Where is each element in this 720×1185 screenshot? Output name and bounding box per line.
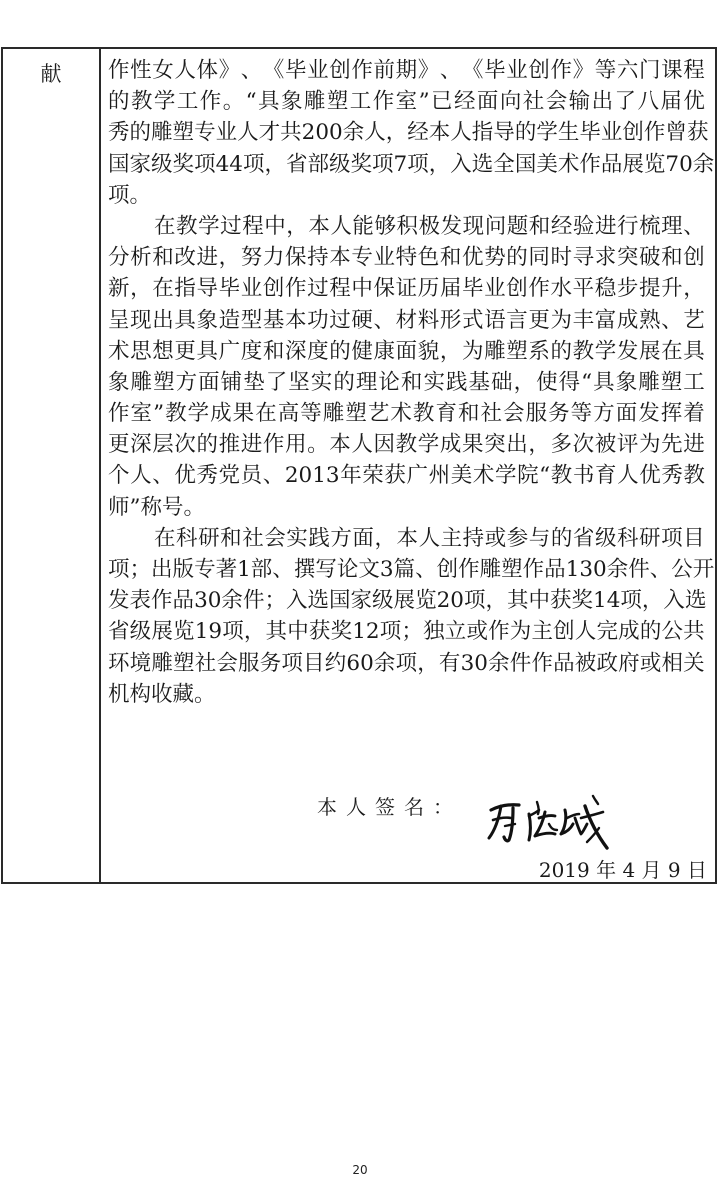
paragraph-line: 分析和改进，努力保持本专业特色和优势的同时寻求突破和创 [108, 242, 705, 273]
body-text: 作性女人体》、《毕业创作前期》、《毕业创作》等六门课程的教学工作。“具象雕塑工作… [108, 55, 705, 710]
paragraph-line: 个人、优秀党员、2013年荣获广州美术学院“教书育人优秀教 [108, 460, 705, 491]
paragraph-line: 项。 [108, 180, 705, 211]
paragraph-line: 的教学工作。“具象雕塑工作室”已经面向社会输出了八届优 [108, 86, 705, 117]
paragraph-line: 新，在指导毕业创作过程中保证历届毕业创作水平稳步提升， [108, 273, 705, 304]
paragraph-line: 省级展览19项，其中获奖12项；独立或作为主创人完成的公共 [108, 616, 705, 647]
section-label: 献 [3, 61, 99, 87]
label-column: 献 [3, 49, 101, 882]
paragraph-line: 术思想更具广度和深度的健康面貌，为雕塑系的教学发展在具 [108, 336, 705, 367]
paragraph-line: 呈现出具象造型基本功过硬、材料形式语言更为丰富成熟、艺 [108, 305, 705, 336]
paragraph-line: 项；出版专著1部、撰写论文3篇、创作雕塑作品130余件、公开 [108, 554, 705, 585]
paragraph-line: 环境雕塑社会服务项目约60余项，有30余件作品被政府或相关 [108, 648, 705, 679]
paragraph-line: 秀的雕塑专业人才共200余人，经本人指导的学生毕业创作曾获 [108, 117, 705, 148]
paragraph-line: 机构收藏。 [108, 679, 705, 710]
handwritten-signature [485, 788, 619, 852]
paragraph-line: 更深层次的推进作用。本人因教学成果突出，多次被评为先进 [108, 429, 705, 460]
paragraph-line: 国家级奖项44项，省部级奖项7项，入选全国美术作品展览70余 [108, 149, 705, 180]
paragraph-line: 发表作品30余件；入选国家级展览20项，其中获奖14项，入选 [108, 585, 705, 616]
paragraph-line: 作室”教学成果在高等雕塑艺术教育和社会服务等方面发挥着 [108, 398, 705, 429]
paragraph-line: 师”称号。 [108, 492, 705, 523]
content-column: 作性女人体》、《毕业创作前期》、《毕业创作》等六门课程的教学工作。“具象雕塑工作… [101, 49, 715, 882]
paragraph-line: 在教学过程中，本人能够积极发现问题和经验进行梳理、 [108, 211, 705, 242]
signature-label: 本人签名： [317, 794, 462, 820]
paragraph-line: 象雕塑方面铺垫了坚实的理论和实践基础，使得“具象雕塑工 [108, 367, 705, 398]
page-number: 20 [0, 1163, 720, 1177]
form-table: 献 作性女人体》、《毕业创作前期》、《毕业创作》等六门课程的教学工作。“具象雕塑… [1, 47, 717, 884]
paragraph-line: 作性女人体》、《毕业创作前期》、《毕业创作》等六门课程 [108, 55, 705, 86]
signature-date: 2019 年 4 月 9 日 [539, 858, 707, 882]
paragraph-line: 在科研和社会实践方面，本人主持或参与的省级科研项目 [108, 523, 705, 554]
